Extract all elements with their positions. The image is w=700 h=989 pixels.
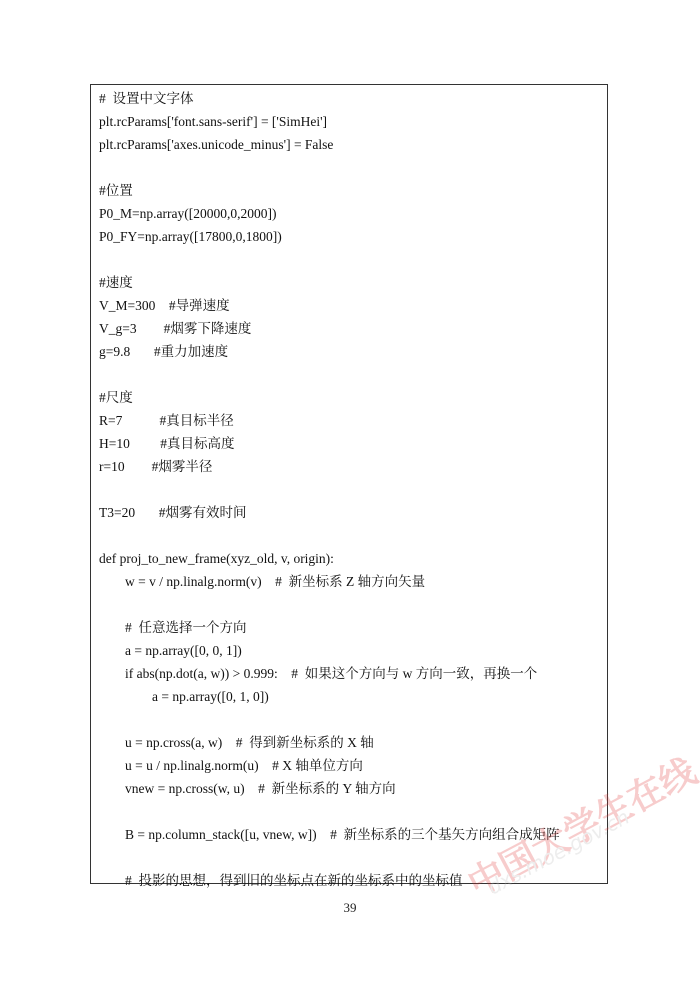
code-line: a = np.array([0, 0, 1]) bbox=[125, 643, 242, 659]
code-line: P0_FY=np.array([17800,0,1800]) bbox=[99, 229, 282, 245]
page-number: 39 bbox=[0, 900, 700, 916]
code-listing-box: # 设置中文字体plt.rcParams['font.sans-serif'] … bbox=[90, 84, 608, 884]
code-line: #位置 bbox=[99, 183, 133, 199]
code-line: V_M=300 #导弹速度 bbox=[99, 298, 230, 314]
code-line: P0_M=np.array([20000,0,2000]) bbox=[99, 206, 276, 222]
code-line: g=9.8 #重力加速度 bbox=[99, 344, 228, 360]
code-line: V_g=3 #烟雾下降速度 bbox=[99, 321, 251, 337]
code-line: a = np.array([0, 1, 0]) bbox=[152, 689, 269, 705]
document-page: # 设置中文字体plt.rcParams['font.sans-serif'] … bbox=[0, 0, 700, 989]
code-line: # 设置中文字体 bbox=[99, 91, 194, 107]
code-line: H=10 #真目标高度 bbox=[99, 436, 235, 452]
code-line: # 任意选择一个方向 bbox=[125, 620, 247, 636]
code-line: u = np.cross(a, w) # 得到新坐标系的 X 轴 bbox=[125, 735, 374, 751]
code-line: plt.rcParams['axes.unicode_minus'] = Fal… bbox=[99, 137, 333, 153]
code-line: B = np.column_stack([u, vnew, w]) # 新坐标系… bbox=[125, 827, 560, 843]
code-line: def proj_to_new_frame(xyz_old, v, origin… bbox=[99, 551, 334, 567]
code-line: # 投影的思想，得到旧的坐标点在新的坐标系中的坐标值 bbox=[125, 873, 463, 889]
code-line: vnew = np.cross(w, u) # 新坐标系的 Y 轴方向 bbox=[125, 781, 396, 797]
code-line: R=7 #真目标半径 bbox=[99, 413, 234, 429]
code-line: #尺度 bbox=[99, 390, 133, 406]
code-line: plt.rcParams['font.sans-serif'] = ['SimH… bbox=[99, 114, 327, 130]
code-line: if abs(np.dot(a, w)) > 0.999: # 如果这个方向与 … bbox=[125, 666, 537, 682]
code-line: r=10 #烟雾半径 bbox=[99, 459, 212, 475]
code-line: u = u / np.linalg.norm(u) # X 轴单位方向 bbox=[125, 758, 363, 774]
code-line: T3=20 #烟雾有效时间 bbox=[99, 505, 247, 521]
code-line: w = v / np.linalg.norm(v) # 新坐标系 Z 轴方向矢量 bbox=[125, 574, 425, 590]
code-line: #速度 bbox=[99, 275, 133, 291]
